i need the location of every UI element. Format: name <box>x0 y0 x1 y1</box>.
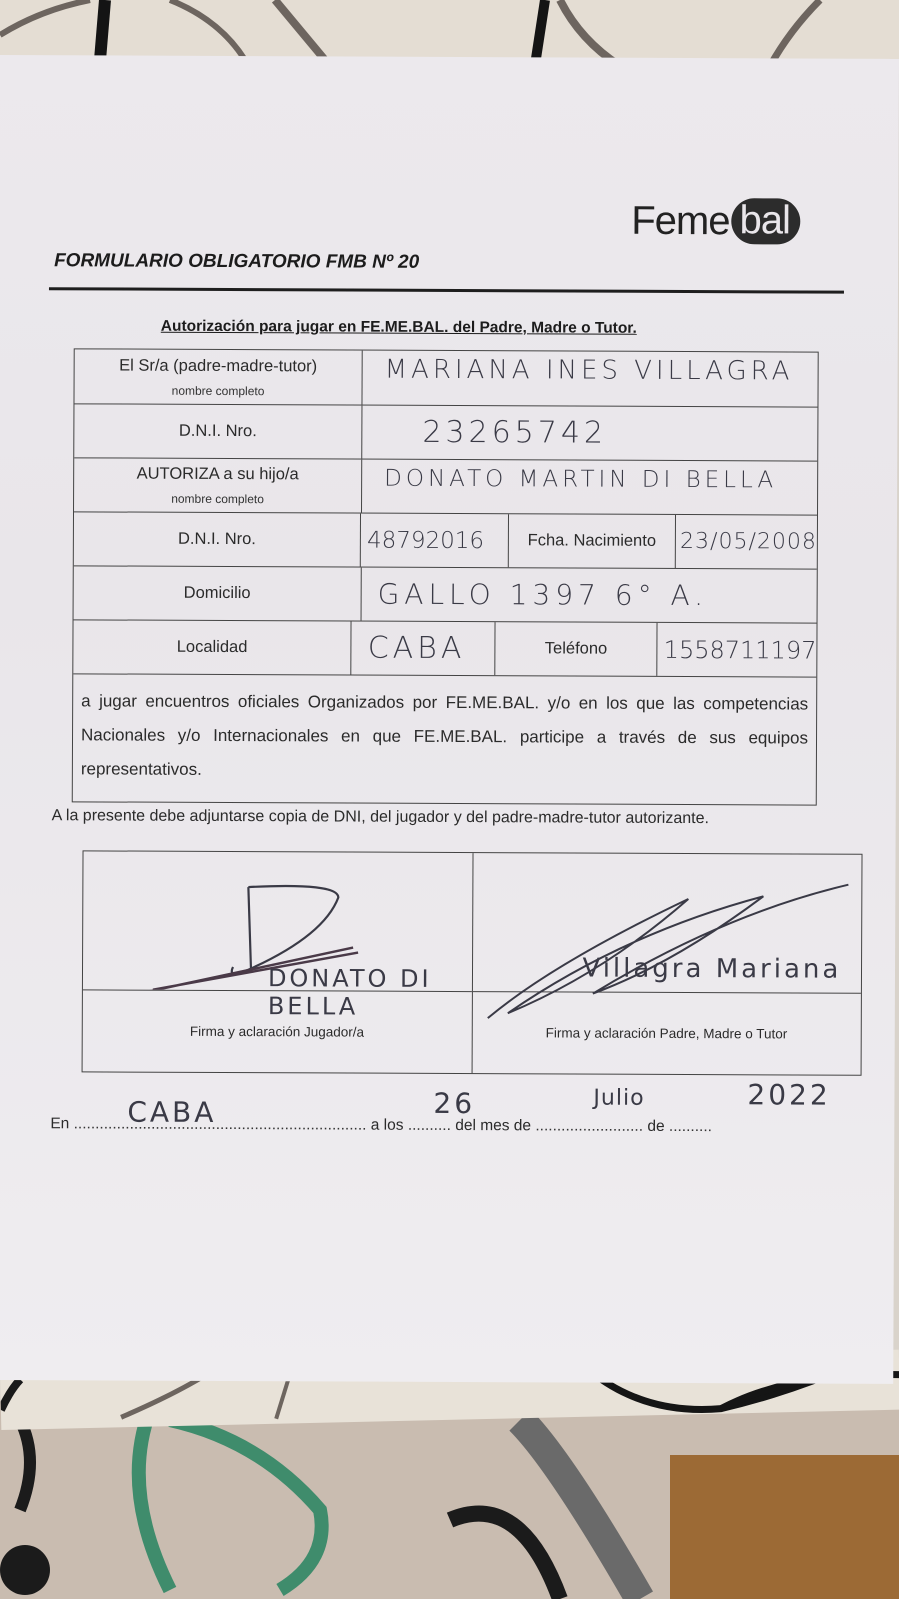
guardian-clarification: Villagra Mariana <box>582 954 841 985</box>
a-los-label: a los <box>371 1117 404 1134</box>
child-dni-label: D.N.I. Nro. <box>74 512 360 566</box>
day-field[interactable]: 26 <box>433 1087 475 1120</box>
child-name-field[interactable]: DONATO MARTIN DI BELLA <box>361 460 817 515</box>
locality-row: Localidad CABA Teléfono 1558711197 <box>73 619 816 676</box>
background-furniture <box>670 1455 899 1599</box>
logo-badge: bal <box>731 198 800 244</box>
form-subtitle: Autorización para jugar en FE.ME.BAL. de… <box>161 318 637 338</box>
guardian-dni-label: D.N.I. Nro. <box>74 404 361 458</box>
form-document: Femebal FORMULARIO OBLIGATORIO FMB Nº 20… <box>0 55 899 1384</box>
locality-label: Localidad <box>73 620 351 674</box>
child-name-row: AUTORIZA a su hijo/a nombre completo DON… <box>74 457 817 514</box>
guardian-label: El Sr/a (padre-madre-tutor) <box>119 356 317 376</box>
form-title: FORMULARIO OBLIGATORIO FMB Nº 20 <box>54 250 419 274</box>
address-row: Domicilio GALLO 1397 6° A. <box>74 565 817 622</box>
authorization-table: El Sr/a (padre-madre-tutor) nombre compl… <box>72 348 819 805</box>
address-label: Domicilio <box>74 566 361 620</box>
child-sublabel: nombre completo <box>171 492 264 506</box>
guardian-signature-column: Villagra Mariana Firma y aclaración Padr… <box>471 853 861 1075</box>
signature-table: DONATO DI BELLA Firma y aclaración Jugad… <box>82 850 863 1075</box>
child-label: AUTORIZA a su hijo/a <box>137 465 299 485</box>
place-field[interactable]: CABA <box>127 1096 216 1129</box>
authorization-text: a jugar encuentros oficiales Organizados… <box>73 673 817 804</box>
guardian-dni-row: D.N.I. Nro. 23265742 <box>74 403 817 460</box>
child-dni-row: D.N.I. Nro. 48792016 Fcha. Nacimiento 23… <box>74 511 817 568</box>
guardian-dni-field[interactable]: 23265742 <box>361 406 817 461</box>
phone-field[interactable]: 1558711197 <box>657 623 817 677</box>
guardian-name-field[interactable]: MARIANA INES VILLAGRA <box>361 351 817 407</box>
month-field[interactable]: Julio <box>593 1086 644 1111</box>
locality-field[interactable]: CABA <box>351 622 495 676</box>
year-field[interactable]: 2022 <box>747 1078 830 1111</box>
birthdate-field[interactable]: 23/05/2008 <box>675 515 817 569</box>
birthdate-label: Fcha. Nacimiento <box>507 514 675 568</box>
child-dni-field[interactable]: 48792016 <box>360 514 508 568</box>
guardian-label-cell: El Sr/a (padre-madre-tutor) nombre compl… <box>74 349 361 404</box>
player-signature-column: DONATO DI BELLA Firma y aclaración Jugad… <box>83 851 472 1073</box>
logo-text: Feme <box>631 198 729 243</box>
en-label: En <box>50 1115 69 1132</box>
address-field[interactable]: GALLO 1397 6° A. <box>361 568 817 623</box>
guardian-sublabel: nombre completo <box>172 383 265 397</box>
femebal-logo: Femebal <box>631 198 800 245</box>
guardian-name-row: El Sr/a (padre-madre-tutor) nombre compl… <box>74 349 817 406</box>
child-label-cell: AUTORIZA a su hijo/a nombre completo <box>74 458 361 512</box>
player-signature-area[interactable]: DONATO DI BELLA <box>83 851 472 991</box>
player-clarification: DONATO DI BELLA <box>268 964 472 1021</box>
month-dots: ......................... <box>535 1117 643 1134</box>
year-dots: .......... <box>669 1118 712 1135</box>
de-label: de <box>647 1118 664 1135</box>
title-divider <box>49 287 844 293</box>
attachment-note: A la presente debe adjuntarse copia de D… <box>52 807 709 828</box>
phone-label: Teléfono <box>494 622 657 676</box>
place-dots: ........................................… <box>74 1115 367 1133</box>
guardian-signature-area[interactable]: Villagra Mariana <box>472 853 861 993</box>
